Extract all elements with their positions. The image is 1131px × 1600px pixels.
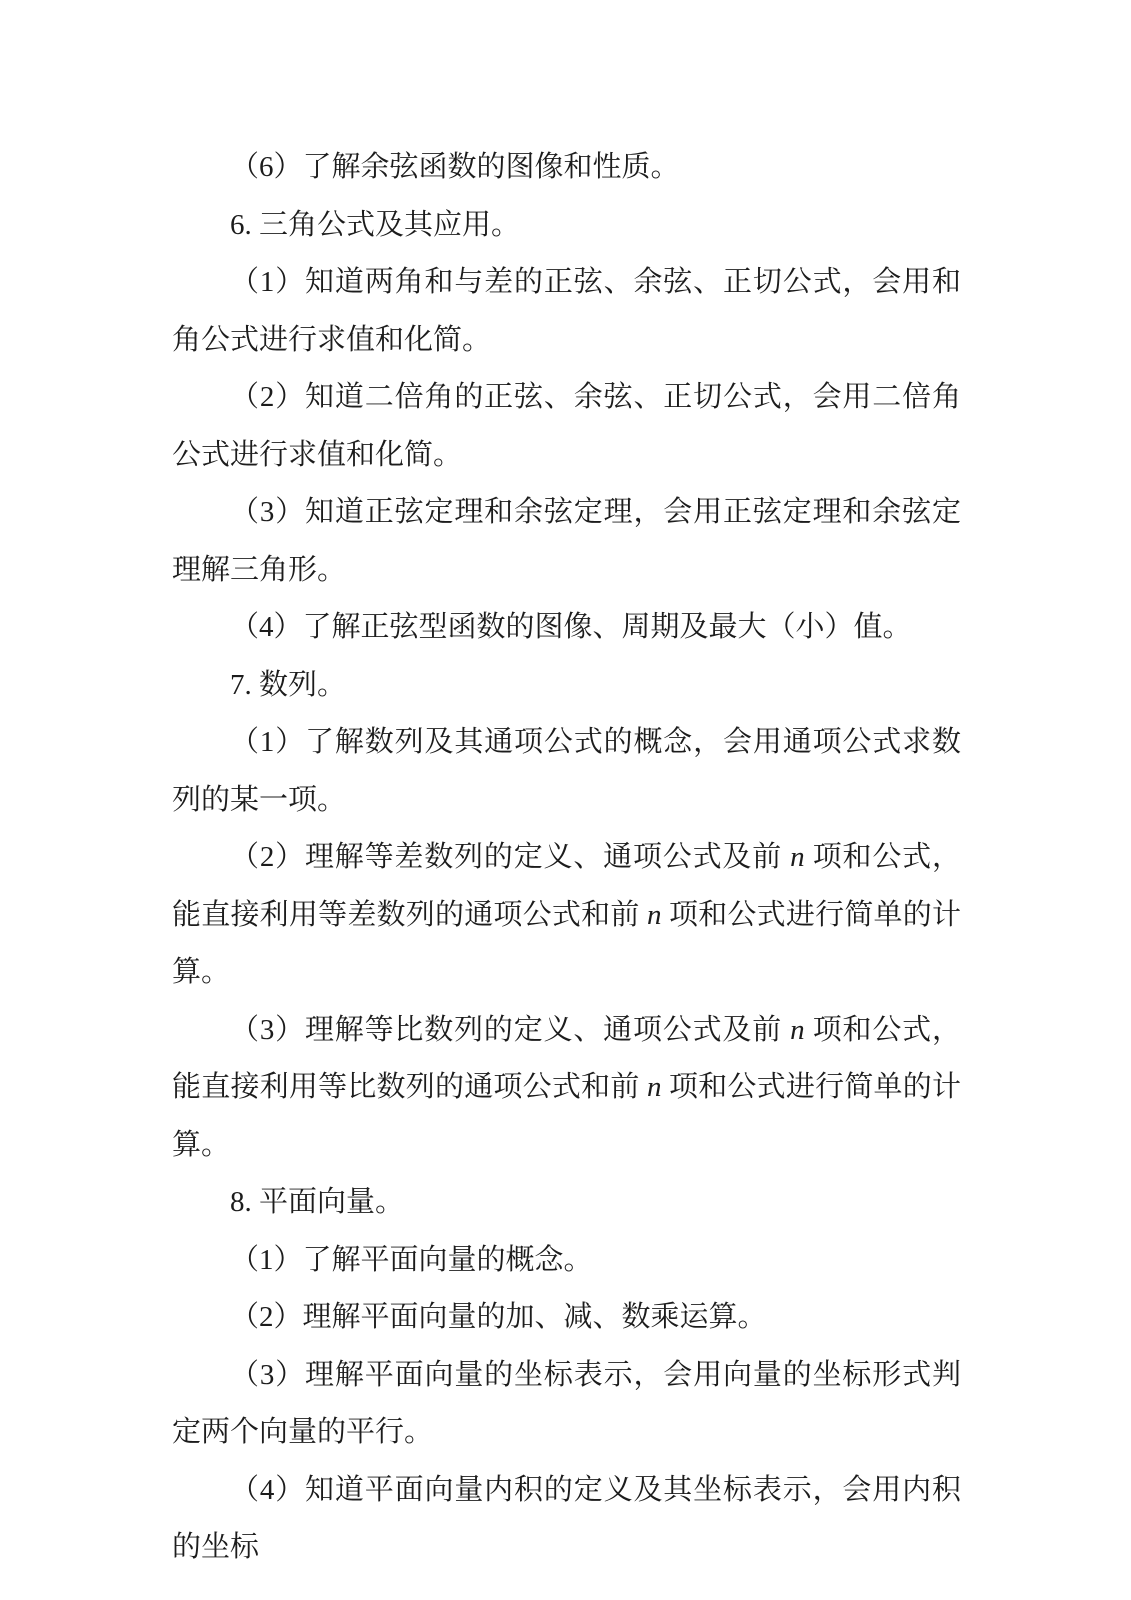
paragraph-sub-item: （2）知道二倍角的正弦、余弦、正切公式，会用二倍角公式进行求值和化简。	[172, 369, 961, 484]
paragraph-numbered-item: 8. 平面向量。	[172, 1174, 961, 1232]
paragraph-sub-item: （1）了解平面向量的概念。	[172, 1232, 961, 1290]
text-run: （4）了解正弦型函数的图像、周期及最大（小）值。	[230, 611, 912, 643]
text-run: 7. 数列。	[230, 669, 346, 701]
math-variable: n	[647, 899, 662, 931]
paragraph-numbered-item: 7. 数列。	[172, 657, 961, 715]
document-body: （6）了解余弦函数的图像和性质。6. 三角公式及其应用。（1）知道两角和与差的正…	[172, 139, 961, 1577]
text-run: （3）知道正弦定理和余弦定理，会用正弦定理和余弦定理解三角形。	[172, 496, 961, 586]
text-run: （1）了解数列及其通项公式的概念，会用通项公式求数列的某一项。	[172, 726, 961, 816]
paragraph-sub-item: （6）了解余弦函数的图像和性质。	[172, 139, 961, 197]
text-run: （3）理解等比数列的定义、通项公式及前	[230, 1014, 790, 1046]
paragraph-sub-item: （3）理解平面向量的坐标表示，会用向量的坐标形式判定两个向量的平行。	[172, 1347, 961, 1462]
math-variable: n	[647, 1071, 662, 1103]
math-variable: n	[790, 841, 805, 873]
text-run: （6）了解余弦函数的图像和性质。	[230, 151, 680, 183]
text-run: （1）知道两角和与差的正弦、余弦、正切公式，会用和角公式进行求值和化简。	[172, 266, 961, 356]
math-variable: n	[790, 1014, 805, 1046]
paragraph-sub-item: （2）理解平面向量的加、减、数乘运算。	[172, 1289, 961, 1347]
text-run: 6. 三角公式及其应用。	[230, 209, 520, 241]
paragraph-sub-item: （1）了解数列及其通项公式的概念，会用通项公式求数列的某一项。	[172, 714, 961, 829]
paragraph-sub-item: （2）理解等差数列的定义、通项公式及前 n 项和公式，能直接利用等差数列的通项公…	[172, 829, 961, 1002]
text-run: （2）理解平面向量的加、减、数乘运算。	[230, 1301, 767, 1333]
text-run: （1）了解平面向量的概念。	[230, 1244, 593, 1276]
paragraph-sub-item: （4）知道平面向量内积的定义及其坐标表示，会用内积的坐标	[172, 1462, 961, 1577]
text-run: （2）理解等差数列的定义、通项公式及前	[230, 841, 790, 873]
text-run: 8. 平面向量。	[230, 1186, 404, 1218]
paragraph-sub-item: （3）知道正弦定理和余弦定理，会用正弦定理和余弦定理解三角形。	[172, 484, 961, 599]
paragraph-sub-item: （1）知道两角和与差的正弦、余弦、正切公式，会用和角公式进行求值和化简。	[172, 254, 961, 369]
paragraph-sub-item: （4）了解正弦型函数的图像、周期及最大（小）值。	[172, 599, 961, 657]
document-page: （6）了解余弦函数的图像和性质。6. 三角公式及其应用。（1）知道两角和与差的正…	[0, 0, 1131, 1600]
text-run: （3）理解平面向量的坐标表示，会用向量的坐标形式判定两个向量的平行。	[172, 1359, 961, 1449]
text-run: （2）知道二倍角的正弦、余弦、正切公式，会用二倍角公式进行求值和化简。	[172, 381, 961, 471]
paragraph-numbered-item: 6. 三角公式及其应用。	[172, 197, 961, 255]
text-run: （4）知道平面向量内积的定义及其坐标表示，会用内积的坐标	[172, 1474, 961, 1564]
paragraph-sub-item: （3）理解等比数列的定义、通项公式及前 n 项和公式，能直接利用等比数列的通项公…	[172, 1002, 961, 1175]
